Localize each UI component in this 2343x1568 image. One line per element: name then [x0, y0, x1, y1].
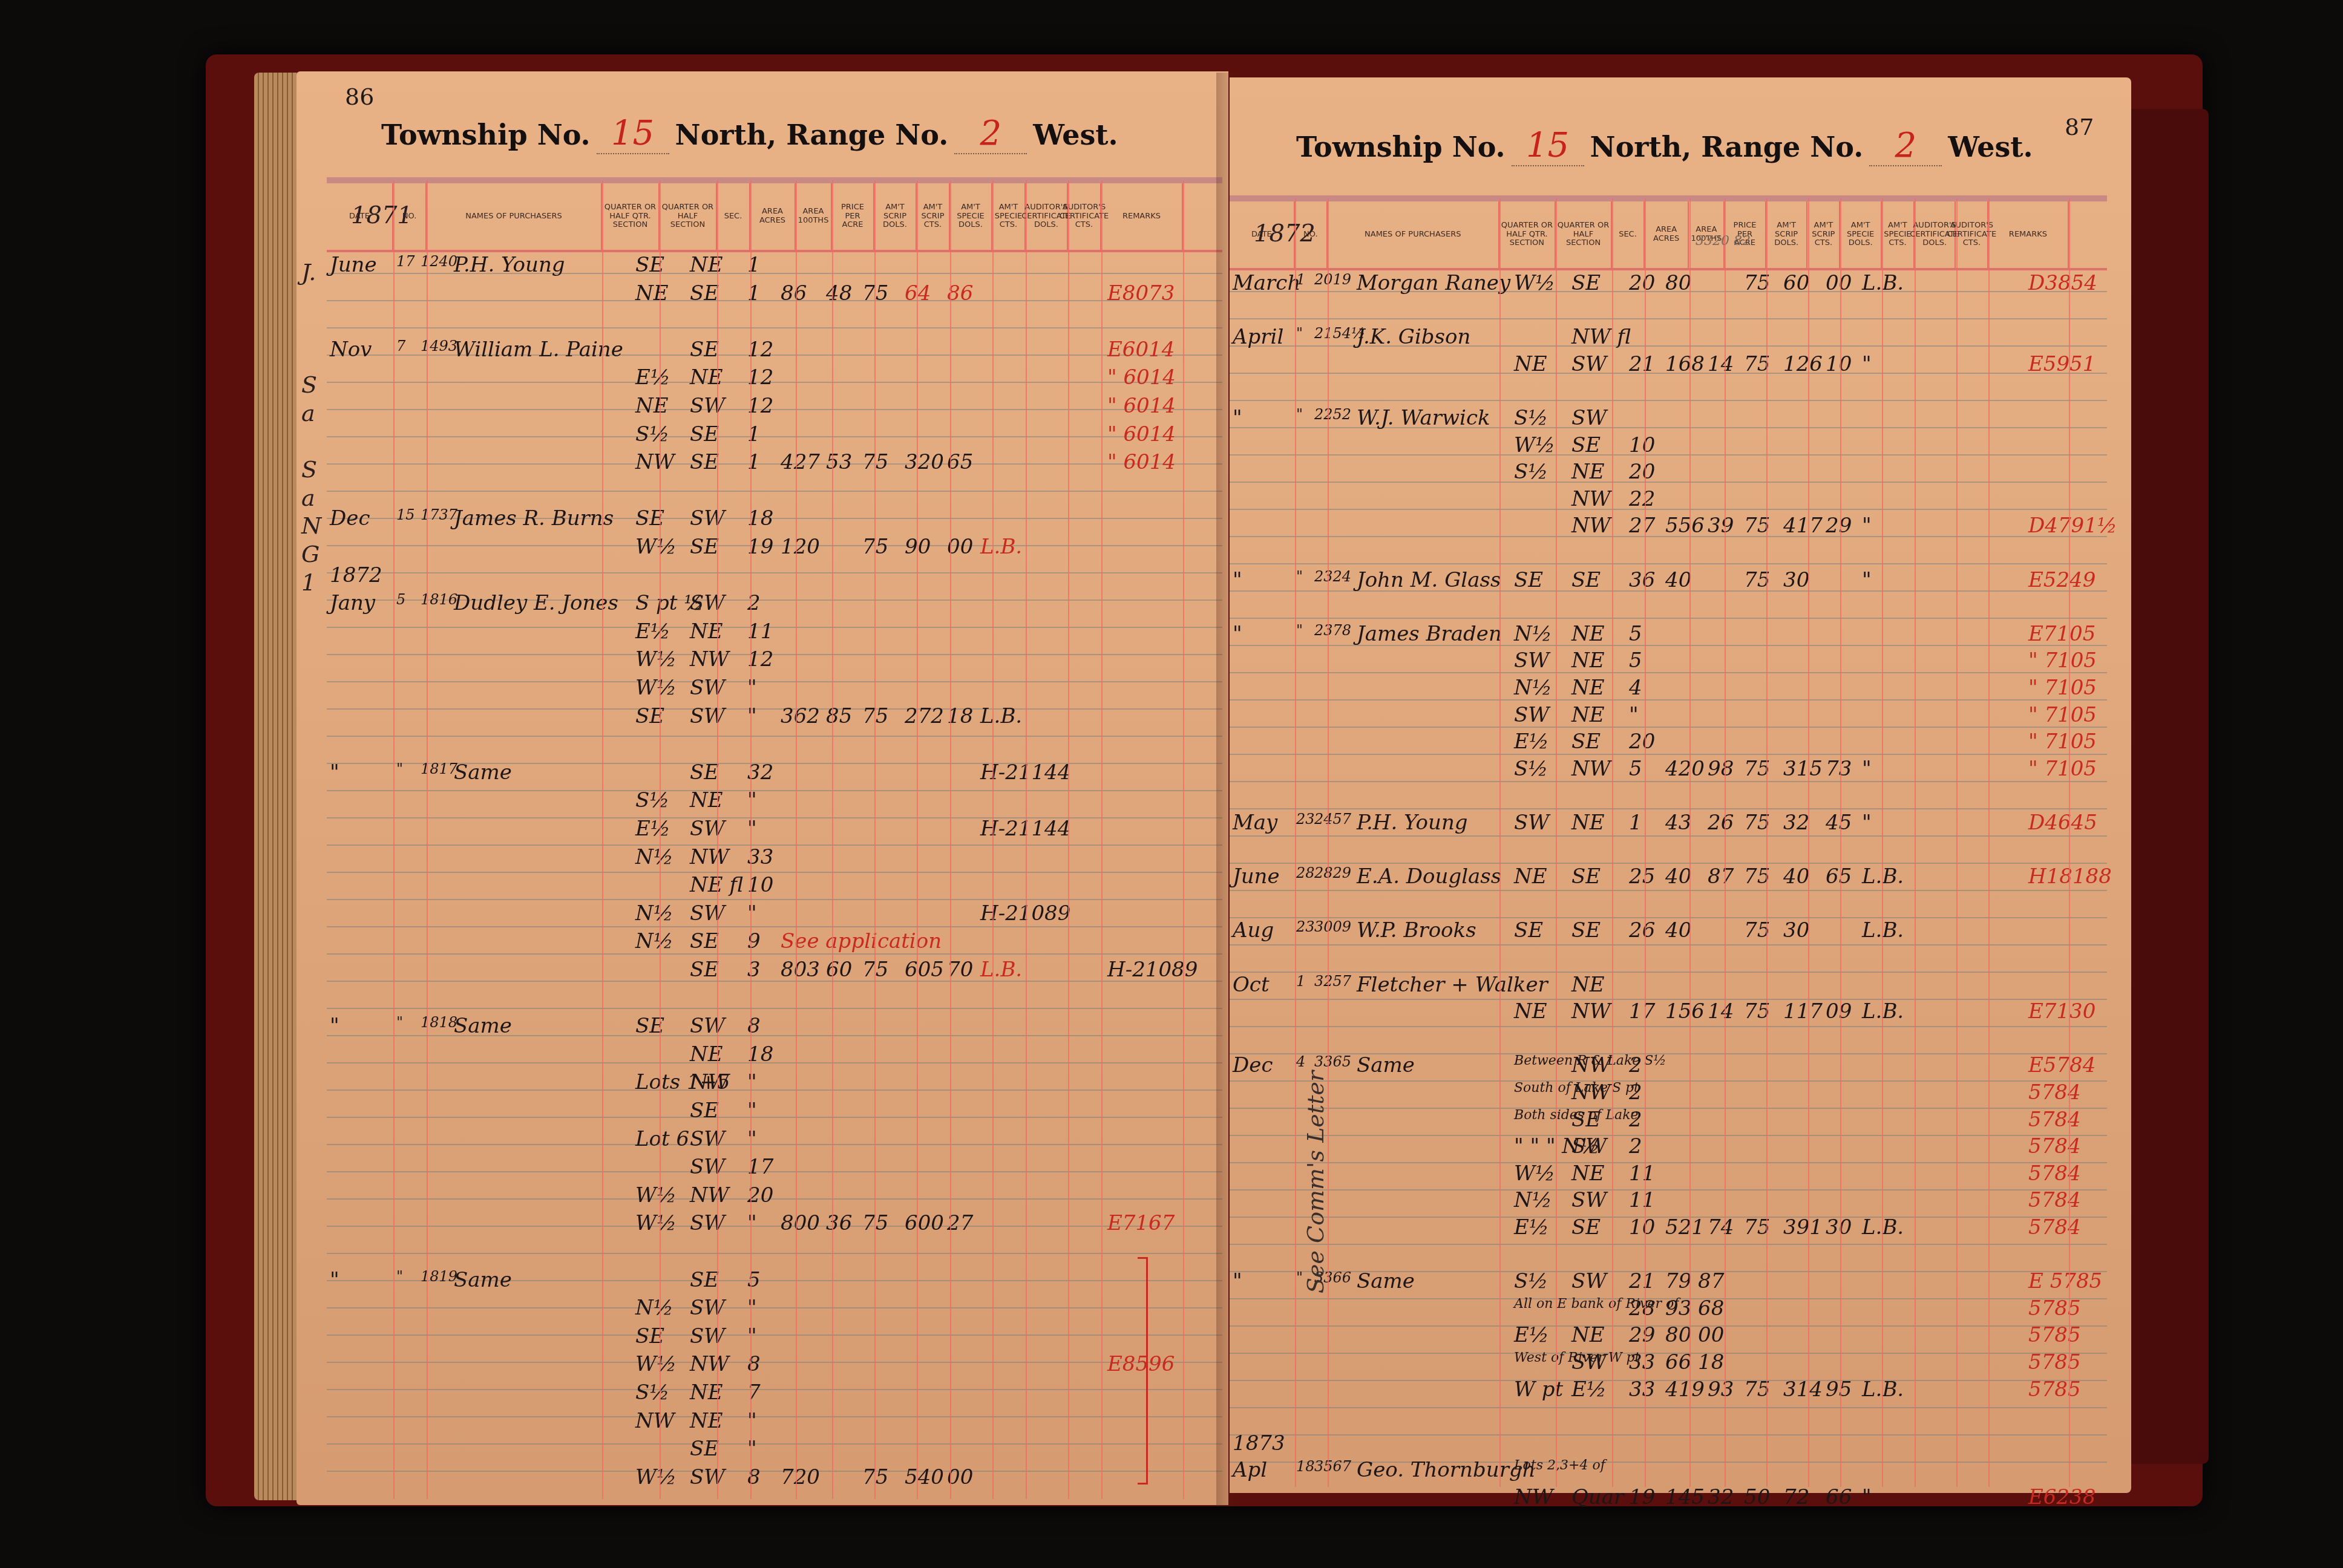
cell-q2: NW: [1571, 514, 1611, 538]
cell-name: John M. Glass: [1357, 568, 1501, 592]
ruled-lines: [327, 247, 1222, 1493]
cell-q1: S½: [1514, 757, 1548, 781]
range-value: 2: [1869, 126, 1942, 166]
cell-q2: SE: [690, 450, 719, 474]
cell-q2: NW: [1571, 1080, 1611, 1105]
column-rule: [1101, 180, 1103, 1499]
cell-day: ": [1296, 568, 1303, 585]
cell-name: Morgan Raney: [1357, 271, 1510, 295]
column-headers: DateNo.Names of PurchasersQuarter or Hal…: [327, 177, 1222, 252]
cell-name: William L. Paine: [454, 338, 623, 362]
cell-remarks: 5784: [2028, 1161, 2081, 1186]
cell-date: Dec: [1233, 1053, 1273, 1077]
cell-q1: W½: [635, 1183, 677, 1207]
cell-sec: 33: [1629, 1350, 1655, 1374]
cell-sec: 11: [1629, 1161, 1655, 1186]
cell-name: J.K. Gibson: [1357, 325, 1470, 349]
cell-no: 3257: [1314, 973, 1351, 990]
cell-sec: 9: [747, 929, 761, 953]
column-header: Am't Scrip Dols.: [1766, 201, 1808, 268]
cell-date: June: [1233, 864, 1280, 889]
cell-name: W.P. Brooks: [1357, 918, 1476, 942]
margin-letter: S: [301, 371, 317, 398]
pencil-note: 3320 82: [1696, 234, 1751, 249]
cell-q1: S½: [635, 422, 669, 446]
cell-q2: SW: [690, 704, 725, 728]
cell-dols: 72: [1783, 1485, 1809, 1509]
cell-acres: 145: [1665, 1485, 1705, 1509]
township-label: Township No.: [381, 119, 591, 151]
cell-date: Apl: [1233, 1458, 1267, 1482]
cell-sec: 33: [1629, 1377, 1655, 1402]
cell-acres: 362: [781, 704, 820, 728]
cell-q1: E½: [635, 817, 670, 841]
cell-no: 2457: [1314, 811, 1351, 828]
cell-remarks: 5784: [2028, 1188, 2081, 1212]
cell-day: 4: [1296, 1053, 1305, 1070]
column-rule: [427, 180, 428, 1499]
cell-name: Same: [454, 760, 512, 785]
column-rule: [1988, 198, 1990, 1487]
cell-q2: SW: [1571, 352, 1607, 376]
cell-acres: 803: [781, 958, 820, 982]
cell-q1: N½: [1514, 1188, 1552, 1212]
margin-letter: 1: [301, 569, 316, 596]
cell-hund: 93: [1708, 1377, 1734, 1402]
cell-q1: SW: [1514, 648, 1549, 673]
cell-remarks: " 7105: [2028, 676, 2097, 700]
cell-cts: 65: [1826, 864, 1852, 889]
cell-dols: 60: [1783, 271, 1809, 295]
cell-q1: NE: [1514, 352, 1547, 376]
cell-remarks: " 6014: [1107, 394, 1176, 418]
cell-q1: NE: [635, 281, 669, 305]
cell-q1: E½: [635, 619, 670, 644]
column-rule: [1956, 198, 1958, 1487]
cell-acres: 521: [1665, 1215, 1705, 1240]
cell-date: 1873: [1233, 1431, 1285, 1455]
cell-q1: W½: [635, 676, 677, 700]
cell-q1: NW: [635, 450, 675, 474]
cell-q1: S½: [635, 788, 669, 812]
cell-dols: 30: [1783, 568, 1809, 592]
cell-sec: 8: [747, 1014, 761, 1038]
column-header: Quarter or Half Qtr. Section: [1499, 201, 1556, 268]
cell-q1: E½: [1514, 1215, 1549, 1240]
cell-cts: 95: [1826, 1377, 1852, 1402]
cell-cert: L.B.: [980, 704, 1022, 728]
cell-q2: NE: [1571, 973, 1605, 997]
cell-cts: 66: [1826, 1485, 1852, 1509]
cell-day: 1: [1296, 271, 1305, 288]
cell-remarks: D4645: [2028, 811, 2097, 835]
cell-q2: SW: [690, 394, 725, 418]
cell-sec: 36: [1629, 568, 1655, 592]
cell-q1: S½: [635, 1380, 669, 1405]
cell-remarks: " 6014: [1107, 422, 1176, 446]
column-header: Am't Scrip Cts.: [917, 183, 950, 250]
cell-no: 2019: [1314, 271, 1351, 288]
cell-q2: SW: [690, 901, 725, 926]
cell-dols: 315: [1783, 757, 1823, 781]
cell-date: ": [1233, 1269, 1242, 1293]
cell-sec: 22: [1629, 487, 1655, 511]
cell-dols: 605: [905, 958, 944, 982]
column-rule: [1612, 198, 1613, 1487]
cell-sec: ": [747, 1127, 757, 1151]
column-header: Area 100ths: [796, 183, 832, 250]
cell-q2: SE: [1571, 730, 1601, 754]
cell-name: E.A. Douglass: [1357, 864, 1501, 889]
column-rule: [1183, 180, 1184, 1499]
cell-dols: 417: [1783, 514, 1823, 538]
cell-hund: 98: [1708, 757, 1734, 781]
cell-q2: SW: [690, 1155, 725, 1179]
cell-day: ": [396, 1268, 403, 1285]
cell-remarks: 5784: [2028, 1080, 2081, 1105]
cell-sec: 7: [747, 1380, 761, 1405]
cell-remarks: " 7105: [2028, 703, 2097, 727]
cell-sec: ": [747, 1296, 757, 1320]
cell-cts: 73: [1826, 757, 1852, 781]
cell-remarks: E6238: [2028, 1485, 2096, 1509]
column-header: Am't Specie Cts.: [992, 183, 1026, 250]
cell-q1: N½: [635, 845, 673, 869]
cell-sec: 19: [1629, 1485, 1655, 1509]
cell-remarks: E5951: [2028, 352, 2096, 376]
cell-sec: 2: [1629, 1053, 1642, 1077]
cell-q1: Lots 2,3+4 of: [1514, 1458, 1605, 1473]
cell-q1: NW: [635, 1409, 675, 1433]
page-number: 87: [2065, 114, 2094, 140]
cell-q2: SE: [690, 281, 719, 305]
cell-q1: W½: [1514, 433, 1555, 457]
cell-sec: 8: [747, 1352, 761, 1376]
cell-q2: SW: [690, 676, 725, 700]
cell-q2: NE: [1571, 1161, 1605, 1186]
cell-name: Same: [454, 1014, 512, 1038]
page-title: Township No.15North, Range No.2West.: [381, 114, 1118, 154]
cell-no: 2829: [1314, 864, 1351, 881]
cell-q1: W½: [1514, 271, 1555, 295]
year-label: 1872: [1254, 220, 1316, 247]
column-header: Am't Scrip Dols.: [874, 183, 917, 250]
column-rule: [1295, 198, 1296, 1487]
cell-q2: SE: [690, 535, 719, 559]
cell-no: 3365: [1314, 1053, 1351, 1070]
cell-day: 17: [396, 253, 415, 270]
margin-letter: a: [301, 485, 315, 511]
cell-dols: 117: [1783, 999, 1823, 1024]
cell-q2: SE: [690, 338, 719, 362]
cell-cert: L.B.: [980, 958, 1022, 982]
cell-q2: SE: [1571, 1108, 1601, 1132]
cell-date: June: [330, 253, 377, 277]
cell-q1: N½: [635, 929, 673, 953]
cell-sec: 27: [1629, 514, 1655, 538]
cell-sec: 10: [1629, 1215, 1655, 1240]
cell-sec: ": [747, 1437, 757, 1461]
cell-hund: 87: [1708, 864, 1734, 889]
cell-q1: N½: [635, 1296, 673, 1320]
cell-day: ": [396, 760, 403, 777]
cell-q1: Lot 6: [635, 1127, 689, 1151]
cell-sec: ": [747, 1070, 757, 1094]
cell-q1: SW: [1514, 703, 1549, 727]
cell-sec: 20: [1629, 271, 1655, 295]
column-rule: [1645, 198, 1646, 1487]
cell-acres: 168: [1665, 352, 1705, 376]
cell-remarks: E7167: [1107, 1211, 1175, 1235]
cell-acres: 43: [1665, 811, 1691, 835]
cell-q2: NW: [690, 1183, 729, 1207]
left-page: 86 Township No.15North, Range No.2West. …: [297, 71, 1228, 1505]
cell-no: 2378: [1314, 622, 1351, 639]
range-label: North, Range No.: [1590, 131, 1864, 163]
cell-day: 1: [1296, 973, 1305, 990]
cell-sec: 4: [1629, 676, 1642, 700]
page-number: 86: [345, 83, 374, 110]
column-header: Am't Specie Dols.: [1840, 201, 1882, 268]
cell-date: ": [1233, 622, 1242, 646]
column-rule: [950, 180, 951, 1499]
cell-date: Oct: [1233, 973, 1270, 997]
column-rule: [1840, 198, 1841, 1487]
cell-sec: 2: [1629, 1108, 1642, 1132]
cell-sec: 5: [1629, 622, 1642, 646]
column-rule: [796, 180, 797, 1499]
column-rule: [1808, 198, 1809, 1487]
cell-day: 28: [1296, 864, 1315, 881]
cell-q1: NE: [1514, 864, 1547, 889]
year-label: 1871: [351, 201, 413, 229]
column-rule: [1725, 198, 1726, 1487]
margin-letter: a: [301, 400, 315, 426]
cell-day: 23: [1296, 811, 1315, 828]
cell-q2: SW: [1571, 406, 1607, 430]
cell-q1: NE: [1514, 999, 1547, 1024]
column-rule: [660, 180, 661, 1499]
cell-q1: N½: [635, 901, 673, 926]
cell-remarks: 5785: [2028, 1377, 2081, 1402]
cell-date: Nov: [330, 338, 372, 362]
cell-cert: ": [1862, 757, 1872, 781]
cell-sec: ": [747, 1324, 757, 1348]
cell-name: Same: [1357, 1053, 1415, 1077]
cell-hund: 36: [826, 1211, 852, 1235]
cell-q2: SE: [690, 929, 719, 953]
column-header: Sec.: [717, 183, 750, 250]
cell-cert: ": [1862, 811, 1872, 835]
cell-q2: NE: [1571, 676, 1605, 700]
cell-price: 50: [1744, 1485, 1770, 1509]
cell-no: 3009: [1314, 918, 1351, 935]
cell-sec: 1: [747, 422, 761, 446]
cell-acres: 93 68: [1665, 1296, 1724, 1321]
cell-remarks: " 6014: [1107, 450, 1176, 474]
cell-q2: SE: [1571, 864, 1601, 889]
range-value: 2: [954, 114, 1027, 154]
column-header: Auditor's Certificate Cts.: [1068, 183, 1101, 250]
cell-acres: 556: [1665, 514, 1705, 538]
cell-date: March: [1233, 271, 1300, 295]
cell-sec: 1: [747, 281, 761, 305]
cell-name: Dudley E. Jones: [454, 591, 618, 615]
cell-acres: 800: [781, 1211, 820, 1235]
cell-remarks: E5784: [2028, 1053, 2096, 1077]
cell-q1: W½: [635, 1211, 677, 1235]
column-rule: [1328, 198, 1329, 1487]
cell-acres: 120: [781, 535, 820, 559]
column-headers: DateNo.Names of PurchasersQuarter or Hal…: [1230, 195, 2107, 270]
cell-date: 1872: [330, 563, 382, 587]
column-rule: [717, 180, 718, 1499]
cell-remarks: 5784: [2028, 1215, 2081, 1240]
cell-remarks: " 7105: [2028, 648, 2097, 673]
cell-q2: E½: [1571, 1377, 1607, 1402]
cell-day: 23: [1296, 918, 1315, 935]
cell-sec: ": [747, 901, 757, 926]
cell-hund: 32: [1708, 1485, 1734, 1509]
township-value: 15: [597, 114, 669, 154]
cell-sec: ": [747, 817, 757, 841]
cell-q2: SW: [1571, 1134, 1607, 1158]
cell-hund: 85: [826, 704, 852, 728]
column-header: Quarter or Half Section: [660, 183, 717, 250]
cell-q1: SE: [1514, 918, 1543, 942]
township-value: 15: [1512, 126, 1584, 166]
column-header: Am't Specie Dols.: [950, 183, 992, 250]
cell-remarks: 5784: [2028, 1134, 2081, 1158]
cell-date: ": [1233, 406, 1242, 430]
township-label: Township No.: [1296, 131, 1506, 163]
cell-acres: 80 00: [1665, 1323, 1724, 1347]
cell-sec: 29: [1629, 1323, 1655, 1347]
cell-q2: SW: [1571, 1188, 1607, 1212]
cell-sec: ": [747, 704, 757, 728]
cell-q2: NW: [1571, 757, 1611, 781]
cell-date: Dec: [330, 506, 370, 531]
column-rule: [992, 180, 994, 1499]
column-rule: [1026, 180, 1027, 1499]
margin-letter: G: [301, 541, 319, 567]
cell-remarks: D3854: [2028, 271, 2097, 295]
column-rule: [874, 180, 876, 1499]
cell-acres: 156: [1665, 999, 1705, 1024]
column-header: Remarks: [1101, 183, 1183, 250]
cell-acres: 40: [1665, 864, 1691, 889]
cell-remarks: E 5785: [2028, 1269, 2102, 1293]
column-rule: [1499, 198, 1501, 1487]
cell-hund: 39: [1708, 514, 1734, 538]
column-rule: [1915, 198, 1916, 1487]
cell-sec: 5: [747, 1268, 761, 1292]
cell-remarks: " 6014: [1107, 365, 1176, 390]
cell-no: 2252: [1314, 406, 1351, 423]
cell-sec: 1: [1629, 811, 1642, 835]
cell-name: Same: [1357, 1269, 1415, 1293]
column-rule: [602, 180, 603, 1499]
column-header: Names of Purchasers: [427, 183, 602, 250]
cell-sec: 21: [1629, 352, 1655, 376]
cell-q1: E½: [1514, 730, 1549, 754]
west-label: West.: [1948, 131, 2033, 163]
cell-remarks: D4791½: [2028, 514, 2117, 538]
cell-q2: SE: [690, 1268, 719, 1292]
cell-cts: 09: [1826, 999, 1852, 1024]
cell-q2: NW: [690, 1070, 729, 1094]
cell-remarks: H18188: [2028, 864, 2112, 889]
cell-date: Jany: [330, 591, 375, 615]
cell-sec: 2: [747, 591, 761, 615]
cell-q2: NE: [1571, 1323, 1605, 1347]
cell-name: Fletcher + Walker: [1357, 973, 1548, 997]
cell-cert: ": [1862, 568, 1872, 592]
column-header: Am't Scrip Cts.: [1807, 201, 1840, 268]
cell-q1: W½: [635, 1465, 677, 1489]
column-header: Remarks: [1988, 201, 2068, 268]
cell-cert: ": [1862, 1485, 1872, 1509]
cell-acres: 720: [781, 1465, 820, 1489]
margin-letter: N: [301, 512, 321, 539]
column-rule: [2069, 198, 2070, 1487]
cell-q2: SE: [1571, 568, 1601, 592]
column-rule: [1882, 198, 1883, 1487]
cell-name: James R. Burns: [454, 506, 614, 531]
cell-sec: 5: [1629, 757, 1642, 781]
cell-remarks: 5785: [2028, 1323, 2081, 1347]
cell-sec: 20: [1629, 730, 1655, 754]
range-label: North, Range No.: [675, 119, 949, 151]
cell-date: ": [1233, 568, 1242, 592]
cell-hund: 53: [826, 450, 852, 474]
cell-sec: 8: [747, 1465, 761, 1489]
cell-dols: 320: [905, 450, 944, 474]
column-rule: [1068, 180, 1069, 1499]
cell-name: W.J. Warwick: [1357, 406, 1490, 430]
cell-sec: 17: [1629, 999, 1655, 1024]
cell-remarks: " 7105: [2028, 757, 2097, 781]
cell-acres: 86: [781, 281, 807, 305]
column-rule: [1766, 198, 1768, 1487]
cell-q2: NW: [1571, 487, 1611, 511]
cell-hund: 60: [826, 958, 852, 982]
cell-q2: SE: [690, 1099, 719, 1123]
cell-dols: 314: [1783, 1377, 1823, 1402]
cell-remarks: 5784: [2028, 1108, 2081, 1132]
cell-q1: E½: [1514, 1323, 1549, 1347]
cell-q2: SW: [1571, 1350, 1607, 1374]
cell-sec: ": [747, 1409, 757, 1433]
cell-q2: NW: [690, 647, 729, 671]
cell-q2: SE: [690, 760, 719, 785]
remarks-bracket: [1138, 1257, 1148, 1485]
column-rule: [1689, 198, 1691, 1487]
cell-q2: SW: [690, 591, 725, 615]
cell-q2: SE: [1571, 1215, 1601, 1240]
ledger-cover-edge: [2118, 109, 2209, 1464]
cell-acres: 427: [781, 450, 820, 474]
cell-day: 18: [1296, 1458, 1315, 1475]
cell-q1: W½: [635, 1352, 677, 1376]
column-header: Auditor's Certificate Cts.: [1956, 201, 1988, 268]
cell-sec: 11: [1629, 1188, 1655, 1212]
cell-cert: ": [1862, 514, 1872, 538]
cell-sec: 26: [1629, 918, 1655, 942]
cell-q1: S½: [1514, 406, 1548, 430]
column-header: Area Acres: [1645, 201, 1689, 268]
cell-cert: L.B.: [980, 535, 1022, 559]
